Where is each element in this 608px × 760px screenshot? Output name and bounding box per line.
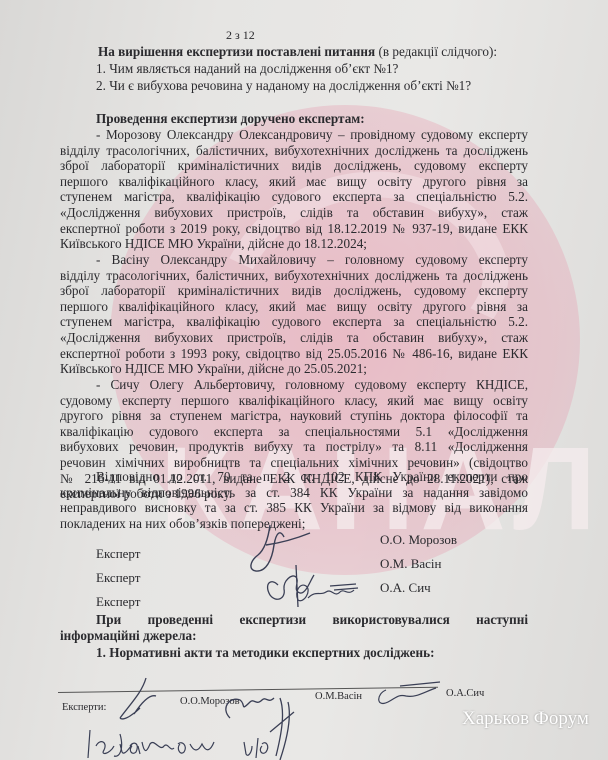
expert-morozov-paragraph: - Морозову Олександру Олександровичу – п… <box>60 127 528 252</box>
paragraph-line: першого кваліфікаційного класу, який має… <box>60 299 528 315</box>
paragraph-line: експертної роботи з 2019 року, свідоцтво… <box>60 221 528 237</box>
question-item: 2. Чи є вибухова речовина у наданому на … <box>96 78 471 94</box>
paragraph-line: зброї лабораторії криміналістичних видів… <box>60 283 528 299</box>
sources-intro-text-2: інформаційні джерела: <box>60 628 197 643</box>
paragraph-line: другого рівня за ступенем магістра, наук… <box>60 408 528 424</box>
paragraph-line: «Дослідження вибухових пристроїв, слідів… <box>60 330 528 346</box>
sources-intro-line: При проведенні експертизи використовувал… <box>96 612 528 628</box>
paragraph-line: Київського НДІСЕ МЮ України, дійсне до 2… <box>60 361 528 377</box>
paragraph-line: Київського НДІСЕ МЮ України, дійсне до 1… <box>60 236 528 252</box>
paragraph-line: експертної роботи з 1993 року, свідоцтво… <box>60 346 528 362</box>
document-page: 2 з 12 На вирішення експертизи поставлен… <box>0 0 608 760</box>
expert-vasin-paragraph: - Васіну Олександру Михайловичу – головн… <box>60 252 528 377</box>
questions-heading-bold: На вирішення експертизи поставлені питан… <box>98 44 375 59</box>
sources-intro-line: інформаційні джерела: <box>60 628 197 644</box>
paragraph-line: відділу трасологічних, балістичних, вибу… <box>60 268 528 284</box>
paragraph-line: вибухових речовин, продуктів вибуху та п… <box>60 439 528 455</box>
question-item: 1. Чим являється наданий на дослідження … <box>96 61 398 77</box>
paragraph-line: - Сичу Олегу Альбертовичу, головному суд… <box>60 377 528 393</box>
paragraph-line: ступенем магістра, кваліфікацію судового… <box>60 189 528 205</box>
handwritten-signature-sych <box>290 578 370 608</box>
forum-watermark: Харьков Форум <box>462 708 589 730</box>
sources-item-text: 1. Нормативні акти та методики експертни… <box>96 645 435 660</box>
paragraph-line: відділу трасологічних, балістичних, вибу… <box>60 143 528 159</box>
paragraph-line: першого кваліфікаційного класу, який має… <box>60 174 528 190</box>
questions-heading: На вирішення експертизи поставлені питан… <box>98 44 497 60</box>
paragraph-line: ступенем магістра, кваліфікацію судового… <box>60 314 528 330</box>
questions-heading-rest: (в редакції слідчого): <box>375 44 497 59</box>
paragraph-line: - Васіну Олександру Михайловичу – головн… <box>60 252 528 268</box>
paragraph-line: зброї лабораторії криміналістичних видів… <box>60 158 528 174</box>
signature-name: О.М. Васін <box>380 556 441 572</box>
signature-role: Експерт <box>96 546 140 562</box>
sources-intro-text: При проведенні експертизи використовувал… <box>96 612 528 627</box>
signature-name: О.О. Морозов <box>380 532 457 548</box>
paragraph-line: Відповідно до ст. 70 та п. 2 ст. 102 КПК… <box>60 469 528 485</box>
paragraph-line: кримінальну відповідальність за ст. 384 … <box>60 485 528 501</box>
footer-handwriting <box>80 672 500 760</box>
experts-heading-text: Проведення експертизи доручено експертам… <box>96 111 365 126</box>
page-number: 2 з 12 <box>226 28 255 44</box>
paragraph-line: - Морозову Олександру Олександровичу – п… <box>60 127 528 143</box>
signature-name: О.А. Сич <box>380 580 431 596</box>
paragraph-line: неправдивого висновку та за ст. 385 КК У… <box>60 500 528 516</box>
paragraph-line: «Дослідження вибухових пристроїв, слідів… <box>60 205 528 221</box>
paragraph-line: судовому експерту першого кваліфікаційно… <box>60 393 528 409</box>
paragraph-line: кваліфікацію судового експерта за спеціа… <box>60 424 528 440</box>
signature-role: Експерт <box>96 570 140 586</box>
signature-role: Експерт <box>96 594 140 610</box>
experts-heading: Проведення експертизи доручено експертам… <box>96 111 365 127</box>
sources-item: 1. Нормативні акти та методики експертни… <box>96 645 435 661</box>
